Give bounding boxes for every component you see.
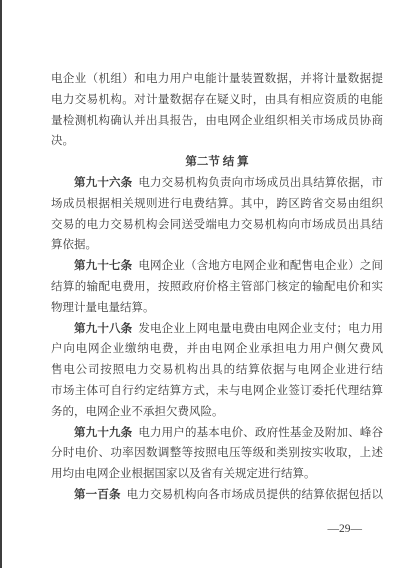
text-line: 物理计量电量结算。	[51, 298, 383, 319]
article-96-text: 电力交易机构负责向市场成员出具结算依据，市	[138, 177, 383, 189]
article-98-text: 发电企业上网电量电费由电网企业支付；电力用	[138, 323, 383, 335]
text-line: 市场主体可自行约定结算方式，未与电网企业签订委托代理结算业	[51, 381, 383, 402]
article-97-first-line: 第九十七条电网企业（含地方电网企业和配售电企业）之间	[51, 256, 383, 277]
text-line: 电力交易机构。对计量数据存在疑义时，由具有相应资质的电能计	[51, 90, 383, 111]
text-line: 场成员根据相关规则进行电费结算。其中，跨区跨省交易由组织该	[51, 194, 383, 215]
text-line: 算依据。	[51, 235, 383, 256]
text-line: 电企业（机组）和电力用户电能计量装置数据，并将计量数据提交	[51, 69, 383, 90]
document-page: 电企业（机组）和电力用户电能计量装置数据，并将计量数据提交 电力交易机构。对计量…	[0, 0, 418, 568]
text-line: 售电公司按照电力交易机构出具的结算依据与电网企业进行结算。	[51, 360, 383, 381]
article-96-number: 第九十六条	[74, 177, 132, 189]
text-line: 分时电价、功率因数调整等按照电压等级和类别按实收取，上述费	[51, 443, 383, 464]
article-98-number: 第九十八条	[74, 323, 132, 335]
document-text-block: 电企业（机组）和电力用户电能计量装置数据，并将计量数据提交 电力交易机构。对计量…	[51, 69, 383, 506]
article-100-first-line: 第一百条电力交易机构向各市场成员提供的结算依据包括以	[51, 485, 383, 506]
article-99-text: 电力用户的基本电价、政府性基金及附加、峰谷	[138, 427, 383, 439]
article-99-number: 第九十九条	[74, 427, 132, 439]
text-line: 务的，电网企业不承担欠费风险。	[51, 402, 383, 423]
scan-edge-line	[0, 0, 2, 568]
text-line: 交易的电力交易机构会同送受端电力交易机构向市场成员出具结	[51, 215, 383, 236]
section-heading: 第二节 结 算	[51, 152, 383, 173]
article-97-text: 电网企业（含地方电网企业和配售电企业）之间	[138, 260, 383, 272]
text-line: 结算的输配电费用，按照政府价格主管部门核定的输配电价和实际	[51, 277, 383, 298]
page-number: —29—	[328, 522, 363, 537]
text-line: 户向电网企业缴纳电费，并由电网企业承担电力用户侧欠费风险；	[51, 339, 383, 360]
article-100-text: 电力交易机构向各市场成员提供的结算依据包括以	[127, 489, 383, 501]
article-98-first-line: 第九十八条发电企业上网电量电费由电网企业支付；电力用	[51, 319, 383, 340]
article-96-first-line: 第九十六条电力交易机构负责向市场成员出具结算依据，市	[51, 173, 383, 194]
article-100-number: 第一百条	[74, 489, 121, 501]
text-line: 用均由电网企业根据国家以及省有关规定进行结算。	[51, 464, 383, 485]
article-99-first-line: 第九十九条电力用户的基本电价、政府性基金及附加、峰谷	[51, 423, 383, 444]
text-line: 量检测机构确认并出具报告，由电网企业组织相关市场成员协商解	[51, 111, 383, 132]
text-line: 决。	[51, 131, 383, 152]
article-97-number: 第九十七条	[74, 260, 132, 272]
